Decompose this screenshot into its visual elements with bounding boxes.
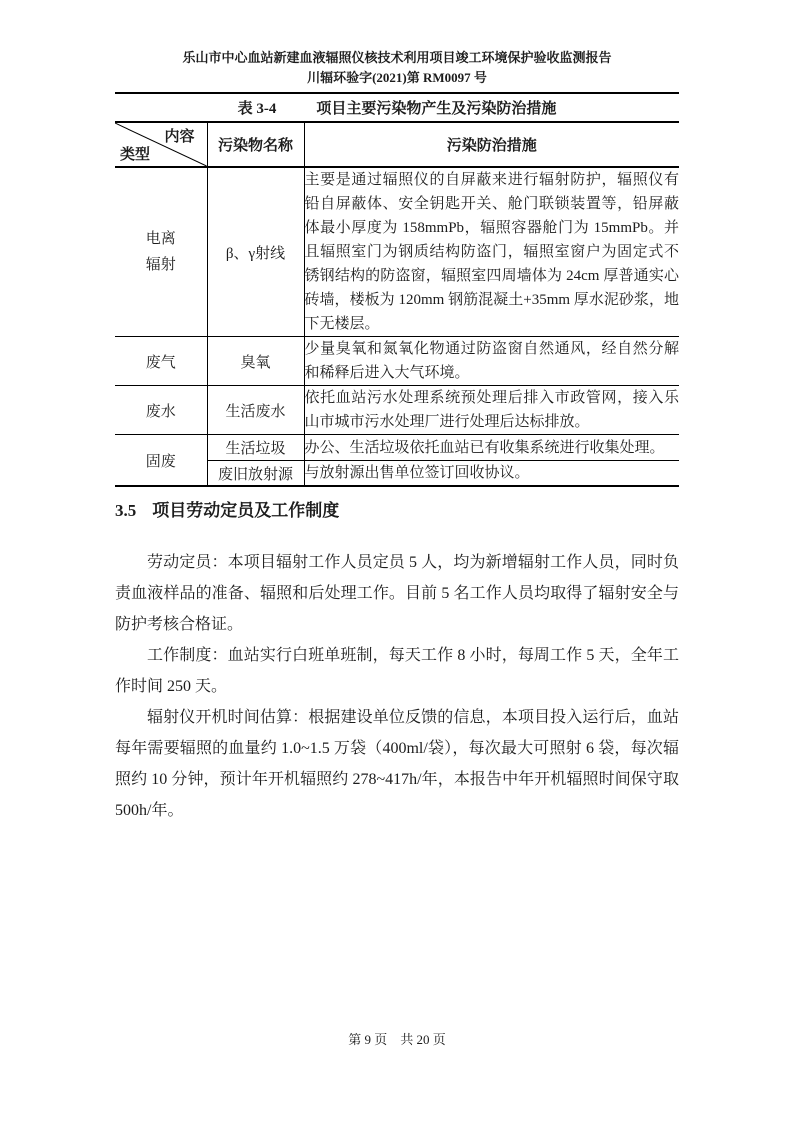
cell-measure-sewage: 依托血站污水处理系统预处理后排入市政管网，接入乐山市城市污水处理厂进行处理后达标… <box>304 386 679 435</box>
table-row-waste-gas: 废气 臭氧 少量臭氧和氮氧化物通过防盗窗自然通风，经自然分解和稀释后进入大气环境… <box>115 337 679 386</box>
table-row-solid-waste-1: 固废 生活垃圾 办公、生活垃圾依托血站已有收集系统进行收集处理。 <box>115 435 679 461</box>
report-number: 川辐环验字(2021)第 RM0097 号 <box>115 68 679 88</box>
section-heading: 3.5项目劳动定员及工作制度 <box>115 499 679 523</box>
cell-measure-radiation: 主要是通过辐照仪的自屏蔽来进行辐射防护，辐照仪有铅自屏蔽体、安全钥匙开关、舱门联… <box>304 167 679 337</box>
corner-type-label: 类型 <box>120 143 150 164</box>
cell-type-ionizing: 电离辐射 <box>115 167 207 337</box>
caption-title: 项目主要污染物产生及污染防治措施 <box>316 101 556 117</box>
cell-measure-spent-source: 与放射源出售单位签订回收协议。 <box>304 461 679 487</box>
table-header-row: 内容 类型 污染物名称 污染防治措施 <box>115 122 679 167</box>
cell-measure-ozone: 少量臭氧和氮氧化物通过防盗窗自然通风，经自然分解和稀释后进入大气环境。 <box>304 337 679 386</box>
cell-pollutant-spent-source: 废旧放射源 <box>207 461 304 487</box>
header-rule <box>115 92 679 94</box>
col-header-pollutant: 污染物名称 <box>207 122 304 167</box>
page-content: 乐山市中心血站新建血液辐照仪核技术利用项目竣工环境保护验收监测报告 川辐环验字(… <box>115 0 679 826</box>
table-row-ionizing-radiation: 电离辐射 β、γ射线 主要是通过辐照仪的自屏蔽来进行辐射防护，辐照仪有铅自屏蔽体… <box>115 167 679 337</box>
pollution-table: 内容 类型 污染物名称 污染防治措施 电离辐射 β、γ射线 主要是通过辐照仪的自… <box>115 121 679 487</box>
paragraph-staffing: 劳动定员：本项目辐射工作人员定员 5 人，均为新增辐射工作人员，同时负责血液样品… <box>115 547 679 640</box>
cell-type-waste-water: 废水 <box>115 386 207 435</box>
report-title: 乐山市中心血站新建血液辐照仪核技术利用项目竣工环境保护验收监测报告 <box>115 48 679 68</box>
cell-measure-garbage: 办公、生活垃圾依托血站已有收集系统进行收集处理。 <box>304 435 679 461</box>
caption-label: 表 3-4 <box>238 101 277 117</box>
cell-pollutant-sewage: 生活废水 <box>207 386 304 435</box>
corner-cell: 内容 类型 <box>115 122 207 167</box>
section-number: 3.5 <box>115 501 136 520</box>
section-title: 项目劳动定员及工作制度 <box>152 501 339 520</box>
paragraph-operating-time: 辐射仪开机时间估算：根据建设单位反馈的信息，本项目投入运行后，血站每年需要辐照的… <box>115 702 679 826</box>
corner-content-label: 内容 <box>164 125 194 146</box>
cell-type-solid-waste: 固废 <box>115 435 207 487</box>
page-header: 乐山市中心血站新建血液辐照仪核技术利用项目竣工环境保护验收监测报告 川辐环验字(… <box>115 0 679 88</box>
cell-type-waste-gas: 废气 <box>115 337 207 386</box>
col-header-measure: 污染防治措施 <box>304 122 679 167</box>
document-page: { "header": { "line1": "乐山市中心血站新建血液辐照仪核技… <box>0 0 794 1123</box>
table-caption: 表 3-4项目主要污染物产生及污染防治措施 <box>115 99 679 119</box>
cell-pollutant-garbage: 生活垃圾 <box>207 435 304 461</box>
page-footer: 第 9 页 共 20 页 <box>0 1029 794 1048</box>
paragraph-work-schedule: 工作制度：血站实行白班单班制，每天工作 8 小时，每周工作 5 天，全年工作时间… <box>115 640 679 702</box>
cell-pollutant-ozone: 臭氧 <box>207 337 304 386</box>
cell-pollutant-rays: β、γ射线 <box>207 167 304 337</box>
table-row-waste-water: 废水 生活废水 依托血站污水处理系统预处理后排入市政管网，接入乐山市城市污水处理… <box>115 386 679 435</box>
